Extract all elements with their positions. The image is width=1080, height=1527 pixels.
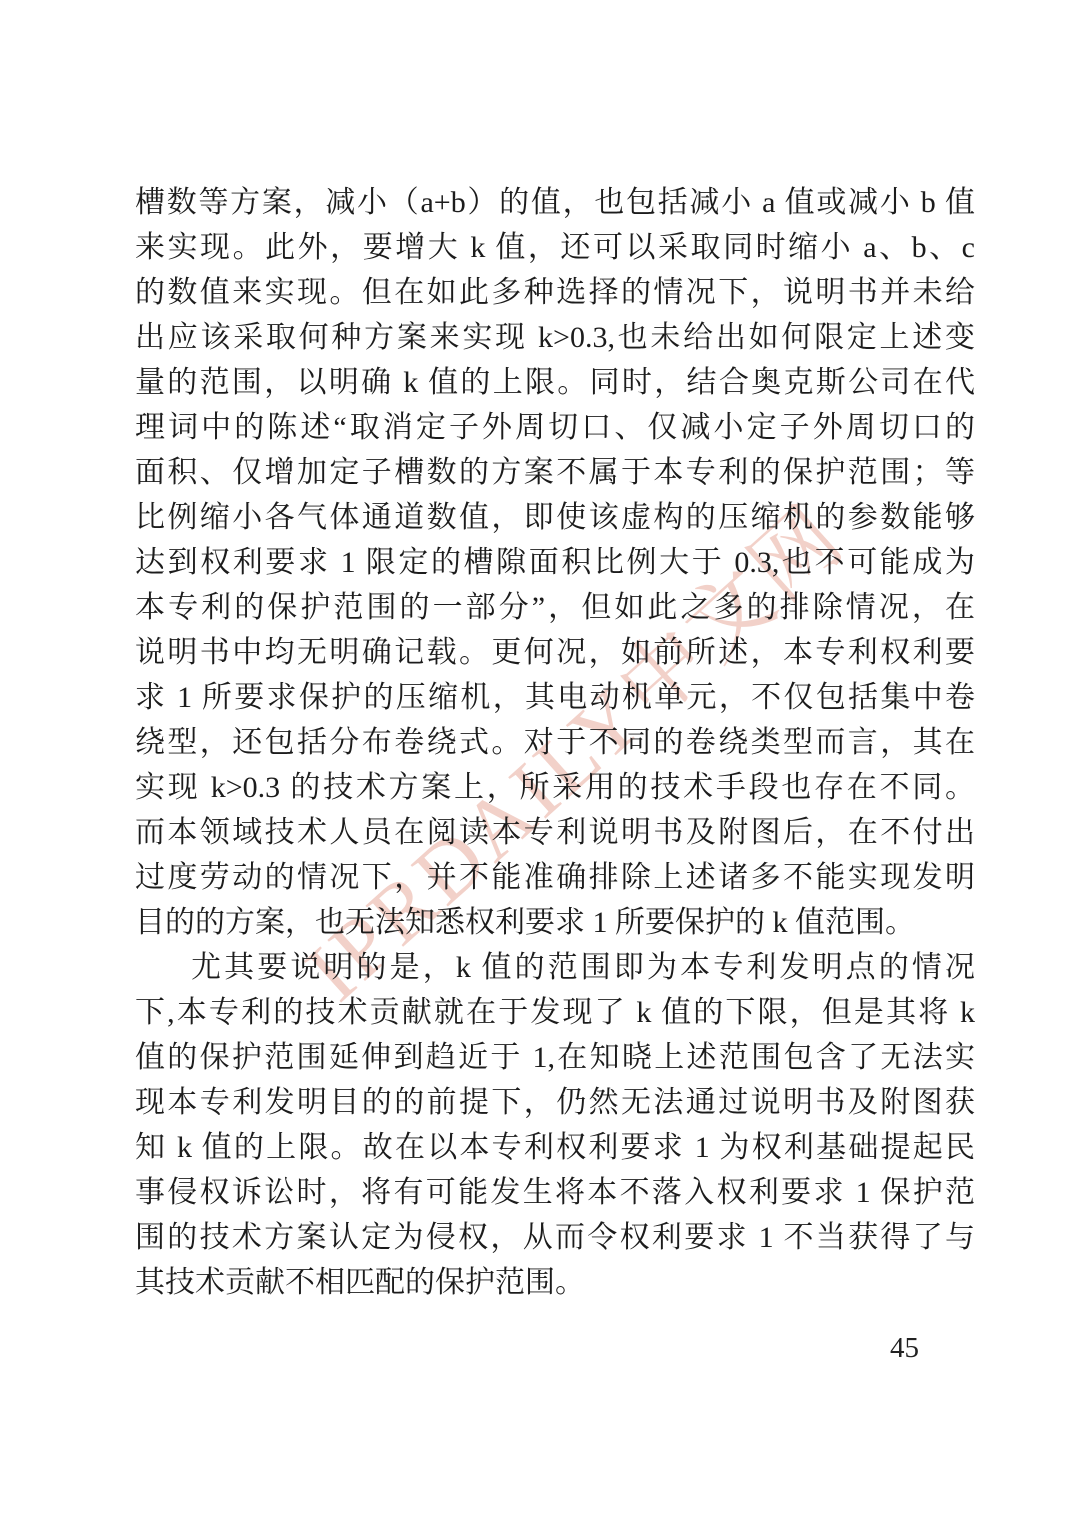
document-page: IPRDAILY中文网 槽数等方案，减小（a+b）的值，也包括减小 a 值或减小… bbox=[0, 0, 1080, 1527]
text-line: 其技术贡献不相匹配的保护范围。 bbox=[135, 1260, 975, 1305]
text-line: 出应该采取何种方案来实现 k>0.3,也未给出如何限定上述变 bbox=[135, 315, 975, 360]
text-line: 槽数等方案，减小（a+b）的值，也包括减小 a 值或减小 b 值 bbox=[135, 180, 975, 225]
text-line: 说明书中均无明确记载。更何况，如前所述，本专利权利要 bbox=[135, 630, 975, 675]
text-line: 目的的方案，也无法知悉权利要求 1 所要保护的 k 值范围。 bbox=[135, 900, 975, 945]
paragraph: 槽数等方案，减小（a+b）的值，也包括减小 a 值或减小 b 值 来实现。此外，… bbox=[135, 180, 975, 945]
page-number: 45 bbox=[890, 1332, 919, 1365]
text-line: 围的技术方案认定为侵权，从而令权利要求 1 不当获得了与 bbox=[135, 1215, 975, 1260]
text-line: 值的保护范围延伸到趋近于 1,在知晓上述范围包含了无法实 bbox=[135, 1035, 975, 1080]
text-line: 来实现。此外，要增大 k 值，还可以采取同时缩小 a、b、c bbox=[135, 225, 975, 270]
text-line: 尤其要说明的是，k 值的范围即为本专利发明点的情况 bbox=[135, 945, 975, 990]
text-line: 绕型，还包括分布卷绕式。对于不同的卷绕类型而言，其在 bbox=[135, 720, 975, 765]
text-line: 量的范围，以明确 k 值的上限。同时，结合奥克斯公司在代 bbox=[135, 360, 975, 405]
text-line: 比例缩小各气体通道数值，即使该虚构的压缩机的参数能够 bbox=[135, 495, 975, 540]
text-line: 下,本专利的技术贡献就在于发现了 k 值的下限，但是其将 k bbox=[135, 990, 975, 1035]
text-line: 实现 k>0.3 的技术方案上，所采用的技术手段也存在不同。 bbox=[135, 765, 975, 810]
text-line: 过度劳动的情况下，并不能准确排除上述诸多不能实现发明 bbox=[135, 855, 975, 900]
text-line: 达到权利要求 1 限定的槽隙面积比例大于 0.3,也不可能成为 bbox=[135, 540, 975, 585]
text-line: 事侵权诉讼时，将有可能发生将本不落入权利要求 1 保护范 bbox=[135, 1170, 975, 1215]
text-block: 槽数等方案，减小（a+b）的值，也包括减小 a 值或减小 b 值 来实现。此外，… bbox=[135, 180, 975, 1305]
text-line: 现本专利发明目的的前提下，仍然无法通过说明书及附图获 bbox=[135, 1080, 975, 1125]
text-line: 面积、仅增加定子槽数的方案不属于本专利的保护范围；等 bbox=[135, 450, 975, 495]
paragraph: 尤其要说明的是，k 值的范围即为本专利发明点的情况 下,本专利的技术贡献就在于发… bbox=[135, 945, 975, 1305]
text-line: 本专利的保护范围的一部分”，但如此之多的排除情况，在 bbox=[135, 585, 975, 630]
text-line: 而本领域技术人员在阅读本专利说明书及附图后，在不付出 bbox=[135, 810, 975, 855]
text-line: 求 1 所要求保护的压缩机，其电动机单元，不仅包括集中卷 bbox=[135, 675, 975, 720]
text-line: 的数值来实现。但在如此多种选择的情况下，说明书并未给 bbox=[135, 270, 975, 315]
text-line: 知 k 值的上限。故在以本专利权利要求 1 为权利基础提起民 bbox=[135, 1125, 975, 1170]
text-line: 理词中的陈述“取消定子外周切口、仅减小定子外周切口的 bbox=[135, 405, 975, 450]
